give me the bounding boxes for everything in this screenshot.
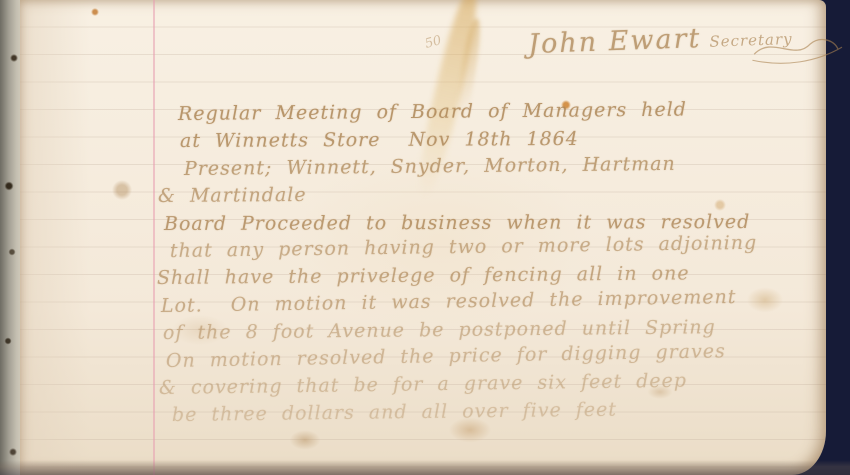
- text-line: Regular Meeting of Board of Managers hel…: [178, 97, 820, 130]
- signature-flourish: [750, 31, 847, 66]
- book-binding-edge: [0, 0, 22, 475]
- text-line: & Martindale: [158, 181, 820, 213]
- handwritten-minutes-text: Regular Meeting of Board of Managers hel…: [155, 103, 820, 432]
- secretary-signature: John EwartSecretary: [497, 1, 795, 99]
- stray-ink-mark: 50: [423, 33, 443, 52]
- ledger-page: John EwartSecretary 50 Regular Meeting o…: [20, 0, 826, 475]
- scanned-document-photo: John EwartSecretary 50 Regular Meeting o…: [0, 0, 850, 475]
- signature-name: John Ewart: [528, 23, 702, 60]
